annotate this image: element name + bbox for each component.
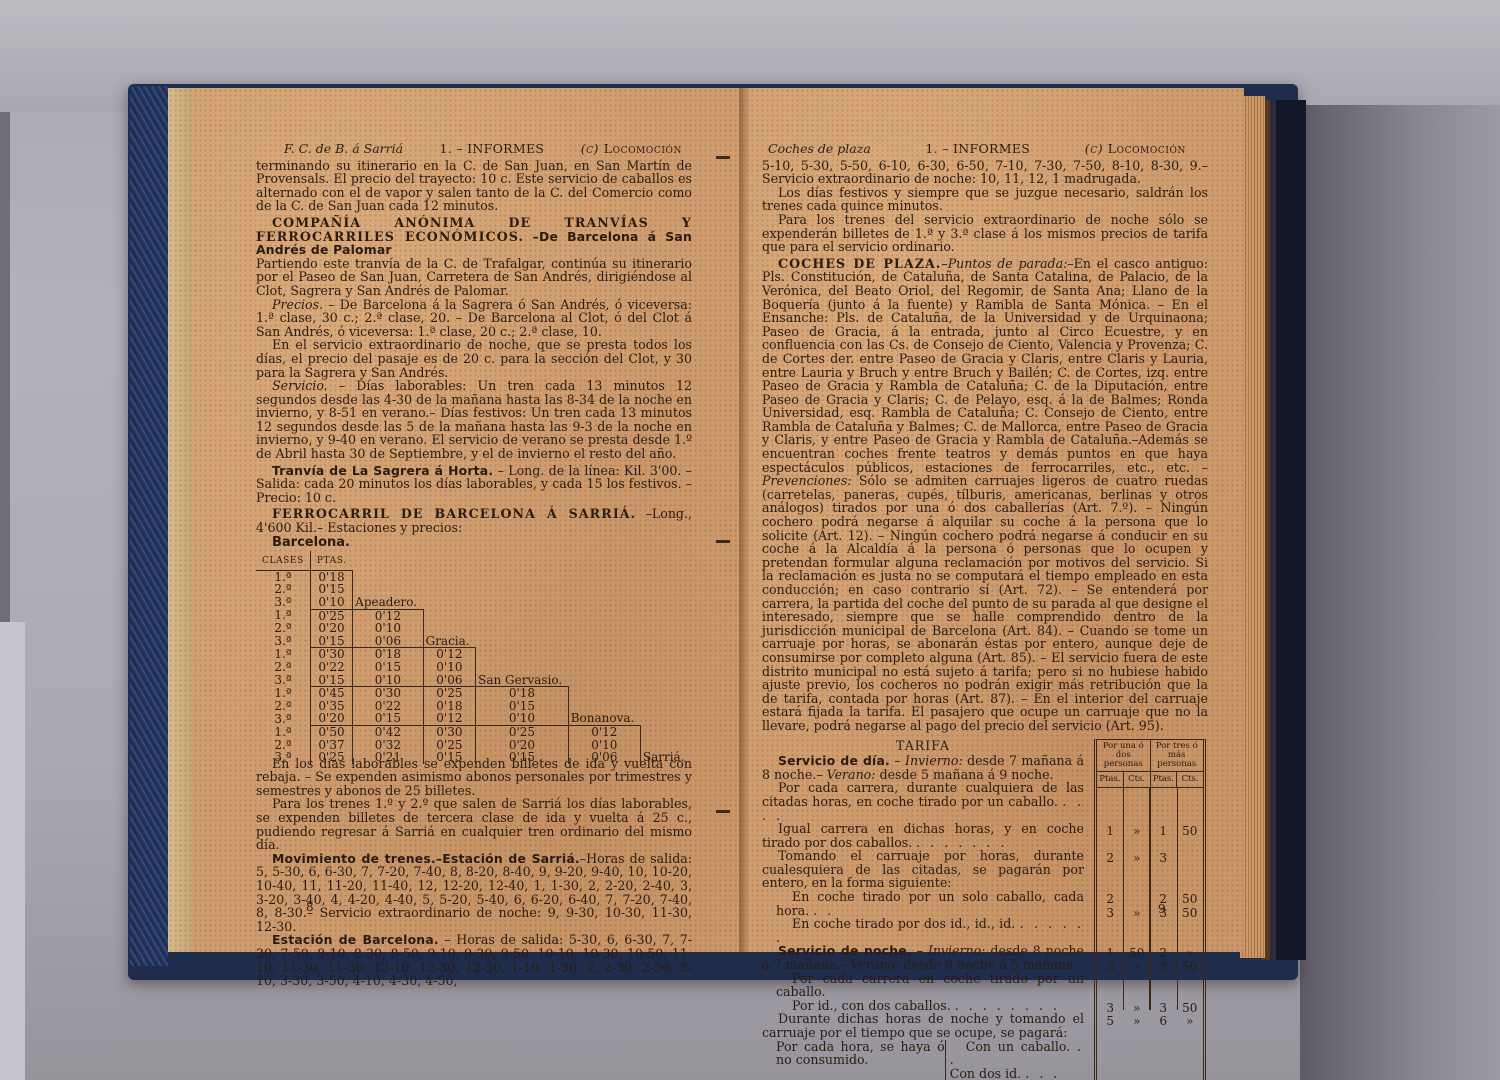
running-head-left: F. C. de B. á Sarriá — [284, 142, 403, 156]
background-left-lower — [0, 622, 25, 1080]
tarifa-text: TARIFA Servicio de día. – Invierno: desd… — [762, 739, 1088, 1080]
tarifa-dia-heading: Servicio de día. – Invierno: desde 7 mañ… — [762, 754, 1084, 781]
tarifa-value-row: 5»6» — [1097, 1015, 1203, 1029]
tarifa-col-group-1: Por una ó dos personas — [1097, 740, 1150, 771]
binding-stitch — [716, 810, 730, 813]
tarifa-value-row: 2250 — [1097, 893, 1203, 907]
paragraph: terminando su itinerario en la C. de San… — [256, 159, 692, 213]
tarifa-value-row: 3»350 — [1097, 961, 1203, 975]
page-number: 8 — [306, 900, 314, 914]
company-heading: COMPAÑÍA ANÓNIMA DE TRANVÍAS Y FERROCARR… — [256, 216, 692, 257]
running-head: Coches de plaza 1. – INFORMES (c) Locomo… — [762, 142, 1208, 156]
running-head-center: 1. – INFORMES — [440, 142, 545, 156]
running-head-right: (c) Locomoción — [581, 142, 682, 156]
paragraph-precios: Precios. – De Barcelona á la Sagrera ó S… — [256, 298, 692, 339]
tarifa-row: Por cada carrera en coche tirado por un … — [762, 972, 1084, 999]
tarifa-title: TARIFA — [762, 739, 1084, 753]
fare-grid: CLASESPTAS.1.ª0'182.ª0'153.ª0'10Apeadero… — [256, 551, 691, 764]
fare-row: 1.ª0'300'180'12 — [256, 648, 691, 661]
running-head-left: Coches de plaza — [768, 142, 871, 156]
tarifa-value-row: 2»3 — [1097, 852, 1203, 866]
fare-row: 1.ª0'500'420'300'250'12 — [256, 725, 691, 738]
fare-table: Barcelona. CLASESPTAS.1.ª0'182.ª0'153.ª0… — [256, 537, 692, 755]
paragraph: En el servicio extraordinario de noche, … — [256, 338, 692, 379]
background-left — [0, 112, 10, 622]
fare-row: 3.ª0'150'06Gracia. — [256, 635, 691, 648]
station-label: Barcelona. — [272, 537, 692, 550]
tarifa-row: Por cada hora, se haya ó no consumido. C… — [762, 1040, 1084, 1080]
tarifa-section: TARIFA Servicio de día. – Invierno: desd… — [762, 739, 1208, 1080]
paragraph: 5-10, 5-30, 5-50, 6-10, 6-30, 6-50, 7-10… — [762, 159, 1208, 186]
fare-row: 1.ª0'450'300'250'18 — [256, 687, 691, 700]
tarifa-row: Igual carrera en dichas horas, y en coch… — [762, 822, 1084, 849]
tarifa-row: En coche tirado por un solo caballo, cad… — [762, 890, 1084, 917]
paragraph-sarria: FERROCARRIL DE BARCELONA Á SARRIÁ. –Long… — [256, 507, 692, 534]
right-page-text: Coches de plaza 1. – INFORMES (c) Locomo… — [762, 142, 1208, 1080]
book-cover-cloth — [130, 86, 168, 966]
tarifa-table-subheader: Ptas. Cts. Ptas. Cts. — [1097, 772, 1203, 789]
book-cover-right-edge — [1262, 100, 1306, 960]
fare-row: 3.ª0'150'100'06San Gervasio. — [256, 674, 691, 687]
fare-row: 3.ª0'200'150'120'10Bonanova. — [256, 712, 691, 725]
paragraph-horta: Tranvía de La Sagrera á Horta. – Long. d… — [256, 464, 692, 505]
tarifa-table-header: Por una ó dos personas Por tres ó más pe… — [1097, 740, 1203, 772]
paragraph: Para los trenes del servicio extraordina… — [762, 213, 1208, 254]
running-head: F. C. de B. á Sarriá 1. – INFORMES (c) L… — [256, 142, 692, 156]
tarifa-value-row: 3»350 — [1097, 907, 1203, 921]
tarifa-noche-heading: Servicio de noche. – Invierno: desde 8 n… — [762, 944, 1084, 971]
tarifa-value-row: 3»350 — [1097, 1002, 1203, 1016]
left-page-text: F. C. de B. á Sarriá 1. – INFORMES (c) L… — [256, 142, 692, 988]
tarifa-row: Durante dichas horas de noche y tomando … — [762, 1012, 1084, 1039]
background-right — [1300, 105, 1500, 1080]
paragraph: Los días festivos y siempre que se juzgu… — [762, 186, 1208, 213]
tarifa-row: En coche tirado por dos id., id., id. . … — [762, 917, 1084, 944]
running-head-center: 1. – INFORMES — [925, 142, 1030, 156]
tarifa-row: Por id., con dos caballos. . . . . . . .… — [762, 999, 1084, 1013]
paragraph-barcelona: Estación de Barcelona. – Horas de salida… — [256, 933, 692, 987]
paragraph-servicio: Servicio. – Días laborables: Un tren cad… — [256, 379, 692, 461]
tarifa-value-row: 1502» — [1097, 947, 1203, 961]
paragraph: Partiendo este tranvía de la C. de Trafa… — [256, 257, 692, 298]
tarifa-price-table: Por una ó dos personas Por tres ó más pe… — [1094, 739, 1206, 1080]
running-head-right: (c) Locomoción — [1085, 142, 1186, 156]
tarifa-row: Por cada carrera, durante cualquiera de … — [762, 781, 1084, 822]
paragraph-coches: COCHES DE PLAZA.–Puntos de parada:–En el… — [762, 257, 1208, 733]
tarifa-table-body: 1»1502»322503»3501502»3»3503»3505»6» — [1097, 788, 1203, 1010]
fare-row: 3.ª0'10Apeadero. — [256, 596, 691, 609]
paragraph: Para los trenes 1.º y 2.º que salen de S… — [256, 797, 692, 851]
binding-stitch — [716, 156, 730, 159]
fare-row: 2.ª0'200'10 — [256, 622, 691, 635]
tarifa-value-row: 1»150 — [1097, 825, 1203, 839]
binding-stitch — [716, 540, 730, 543]
tarifa-col-group-2: Por tres ó más personas — [1150, 740, 1204, 771]
tarifa-row: Tomando el carruaje por horas, durante c… — [762, 849, 1084, 890]
fare-row: 3.ª0'250'210'150'150'06Sarriá. — [256, 751, 691, 764]
fare-row: 2.ª0'220'150'10 — [256, 661, 691, 674]
page-number: 9 — [1158, 902, 1166, 916]
paragraph-movimiento: Movimiento de trenes.–Estación de Sarriá… — [256, 852, 692, 934]
